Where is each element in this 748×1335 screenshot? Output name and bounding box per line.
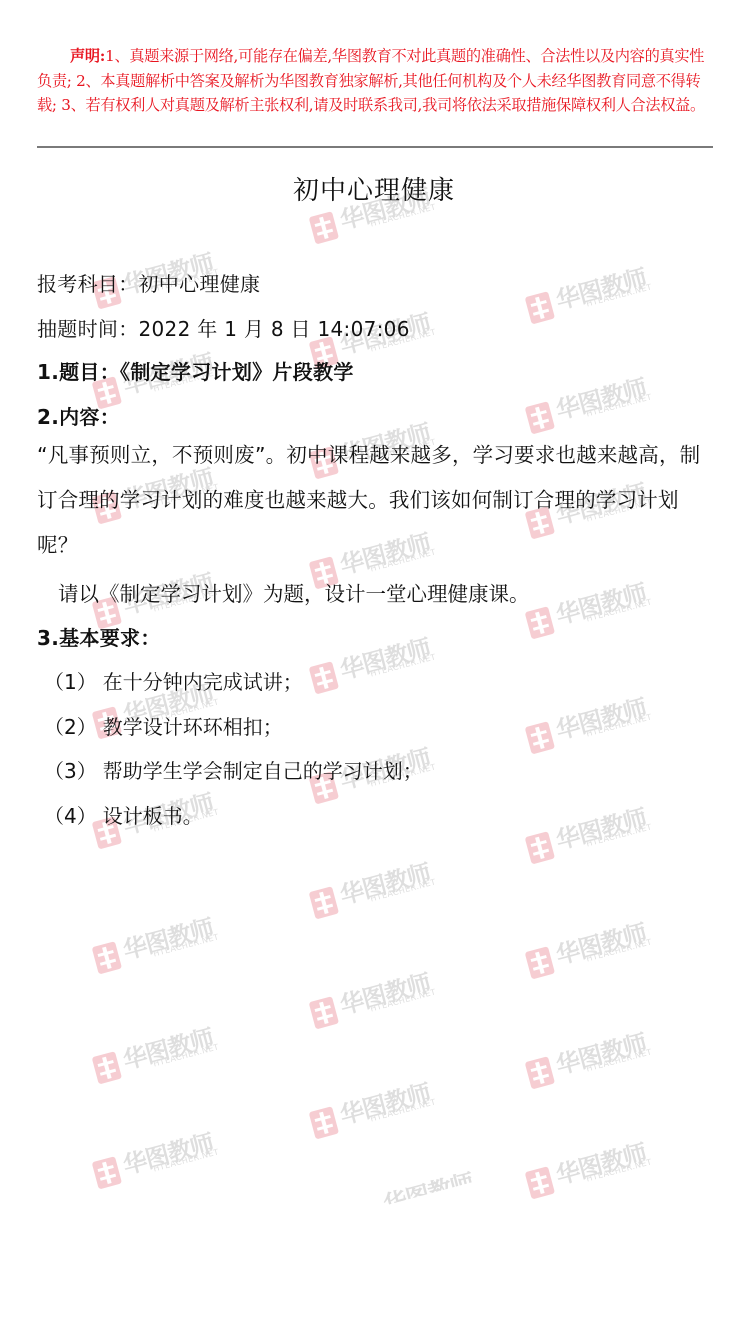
watermark-logo-icon	[92, 1156, 122, 1189]
content-heading: 2.内容：	[37, 401, 120, 430]
subject-label: 报考科目：	[37, 272, 139, 296]
watermark: 华图教师HTEACHER.NET	[306, 957, 445, 1039]
content-task: 请以《制定学习计划》为题，设计一堂心理健康课。	[58, 577, 530, 607]
watermark: 华图教师HTEACHER.NET	[522, 792, 661, 874]
watermark: 华图教师HTEACHER.NET	[522, 1127, 661, 1209]
watermark-logo-icon	[309, 886, 339, 919]
draw-time-value: 2022 年 1 月 8 日 14:07:06	[139, 317, 410, 341]
watermark: 华图教师HTEACHER.NET	[306, 847, 445, 929]
watermark: 华图教师HTEACHER.NET	[89, 902, 228, 984]
content-paragraph: “凡事预则立，不预则废”。初中课程越来越多，学习要求也越来越高，制订合理的学习计…	[37, 433, 717, 568]
watermark-partial: 华图教师	[349, 1157, 481, 1214]
requirement-item: （1）在十分钟内完成试讲；	[44, 666, 303, 695]
watermark-logo-icon	[309, 661, 339, 694]
topic-heading: 1.题目：《制定学习计划》片段教学	[37, 356, 354, 385]
header-divider	[37, 146, 713, 148]
watermark-logo-icon	[525, 291, 555, 324]
disclaimer-text: 1、真题来源于网络,可能存在偏差,华图教育不对此真题的准确性、合法性以及内容的真…	[37, 47, 705, 114]
watermark-logo-icon	[92, 1051, 122, 1084]
watermark-logo-icon	[309, 211, 339, 244]
draw-time-line: 抽题时间：2022 年 1 月 8 日 14:07:06	[37, 313, 410, 342]
watermark-logo-icon	[309, 996, 339, 1029]
requirement-item: （4）设计板书。	[44, 800, 203, 829]
subject-value: 初中心理健康	[139, 272, 261, 296]
watermark: 华图教师HTEACHER.NET	[522, 1017, 661, 1099]
watermark: 华图教师HTEACHER.NET	[89, 1117, 228, 1199]
requirement-item: （2）教学设计环环相扣；	[44, 711, 283, 740]
subject-line: 报考科目：初中心理健康	[37, 268, 260, 297]
watermark: 华图教师HTEACHER.NET	[522, 362, 661, 444]
watermark-logo-icon	[525, 606, 555, 639]
watermark-logo-icon	[525, 1056, 555, 1089]
watermark: 华图教师HTEACHER.NET	[522, 682, 661, 764]
watermark: 华图教师HTEACHER.NET	[522, 567, 661, 649]
watermark-logo-icon	[525, 831, 555, 864]
watermark-logo-icon	[525, 1166, 555, 1199]
watermark: 华图教师HTEACHER.NET	[306, 622, 445, 704]
watermark: 华图教师HTEACHER.NET	[306, 1067, 445, 1149]
watermark-logo-icon	[525, 721, 555, 754]
watermark-logo-icon	[92, 941, 122, 974]
page-title: 初中心理健康	[0, 170, 748, 207]
requirements-heading: 3.基本要求：	[37, 622, 161, 651]
disclaimer: 声明:1、真题来源于网络,可能存在偏差,华图教育不对此真题的准确性、合法性以及内…	[37, 44, 713, 118]
watermark: 华图教师HTEACHER.NET	[89, 1012, 228, 1094]
watermark-logo-icon	[525, 401, 555, 434]
watermark: 华图教师HTEACHER.NET	[522, 252, 661, 334]
watermark: 华图教师HTEACHER.NET	[522, 907, 661, 989]
disclaimer-lead: 声明:	[70, 47, 105, 65]
requirement-item: （3）帮助学生学会制定自己的学习计划；	[44, 755, 423, 784]
watermark-logo-icon	[309, 1106, 339, 1139]
watermark-logo-icon	[525, 946, 555, 979]
draw-time-label: 抽题时间：	[37, 317, 139, 341]
